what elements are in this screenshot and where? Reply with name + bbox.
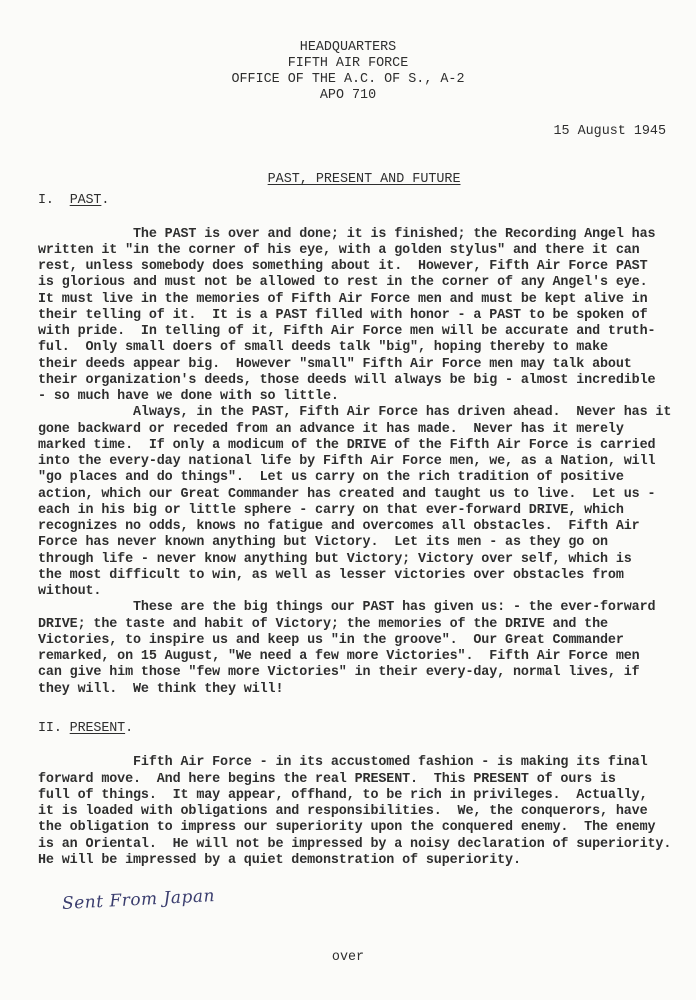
text-line: gone backward or receded from an advance… <box>38 422 624 438</box>
text-line: into the every-day national life by Fift… <box>38 454 655 470</box>
text-line: - so much have we done with so little. <box>38 389 339 405</box>
section-number: II. <box>38 721 62 736</box>
section-number: I. <box>38 193 54 208</box>
title-text: PAST, PRESENT AND FUTURE <box>268 172 461 187</box>
text-line: with pride. In telling of it, Fifth Air … <box>38 324 655 340</box>
text-line: Fifth Air Force - in its accustomed fash… <box>38 755 648 771</box>
header-office: OFFICE OF THE A.C. OF S., A-2 <box>0 72 696 88</box>
text-line: is glorious and must not be allowed to r… <box>38 275 648 291</box>
text-line: Force has never known anything but Victo… <box>38 535 608 551</box>
text-line: full of things. It may appear, offhand, … <box>38 788 648 804</box>
text-line: they will. We think they will! <box>38 682 283 698</box>
section-heading-past: I. PAST. <box>38 193 109 209</box>
text-line: Victories, to inspire us and keep us "in… <box>38 633 624 649</box>
text-line: written it "in the corner of his eye, wi… <box>38 243 640 259</box>
text-line: action, which our Great Commander has cr… <box>38 487 655 503</box>
text-line: Always, in the PAST, Fifth Air Force has… <box>38 405 671 421</box>
text-line: It must live in the memories of Fifth Ai… <box>38 292 648 308</box>
handwritten-note: Sent From Japan <box>62 886 216 914</box>
text-line: can give him those "few more Victories" … <box>38 665 640 681</box>
text-line: recognizes no odds, knows no fatigue and… <box>38 519 640 535</box>
text-line: forward move. And here begins the real P… <box>38 772 616 788</box>
text-line: The PAST is over and done; it is finishe… <box>38 227 655 243</box>
text-line: each in his big or little sphere - carry… <box>38 503 624 519</box>
text-line: "go places and do things". Let us carry … <box>38 470 624 486</box>
text-line: the most difficult to win, as well as le… <box>38 568 624 584</box>
text-line: These are the big things our PAST has gi… <box>38 600 655 616</box>
document-date: 15 August 1945 <box>554 124 667 139</box>
text-line: ful. Only small doers of small deeds tal… <box>38 340 608 356</box>
text-line: their telling of it. It is a PAST filled… <box>38 308 648 324</box>
section-title: PRESENT <box>70 721 125 736</box>
text-line: it is loaded with obligations and respon… <box>38 804 648 820</box>
text-line: through life - never know anything but V… <box>38 552 632 568</box>
text-line: rest, unless somebody does something abo… <box>38 259 648 275</box>
text-line: DRIVE; the taste and habit of Victory; t… <box>38 617 608 633</box>
text-line: is an Oriental. He will not be impressed… <box>38 837 671 853</box>
text-line: their deeds appear big. However "small" … <box>38 357 632 373</box>
text-line: the obligation to impress our superiorit… <box>38 820 655 836</box>
text-line: without. <box>38 584 101 600</box>
text-line: He will be impressed by a quiet demonstr… <box>38 853 521 869</box>
header-headquarters: HEADQUARTERS <box>0 40 696 56</box>
header-fifth-air-force: FIFTH AIR FORCE <box>0 56 696 72</box>
section-title: PAST <box>70 193 102 208</box>
document-page: HEADQUARTERS FIFTH AIR FORCE OFFICE OF T… <box>0 0 696 1000</box>
section-heading-present: II. PRESENT. <box>38 721 133 737</box>
header-apo: APO 710 <box>0 88 696 104</box>
text-line: their organization's deeds, those deeds … <box>38 373 655 389</box>
text-line: marked time. If only a modicum of the DR… <box>38 438 655 454</box>
page-footer-over: over <box>0 950 696 965</box>
text-line: remarked, on 15 August, "We need a few m… <box>38 649 640 665</box>
